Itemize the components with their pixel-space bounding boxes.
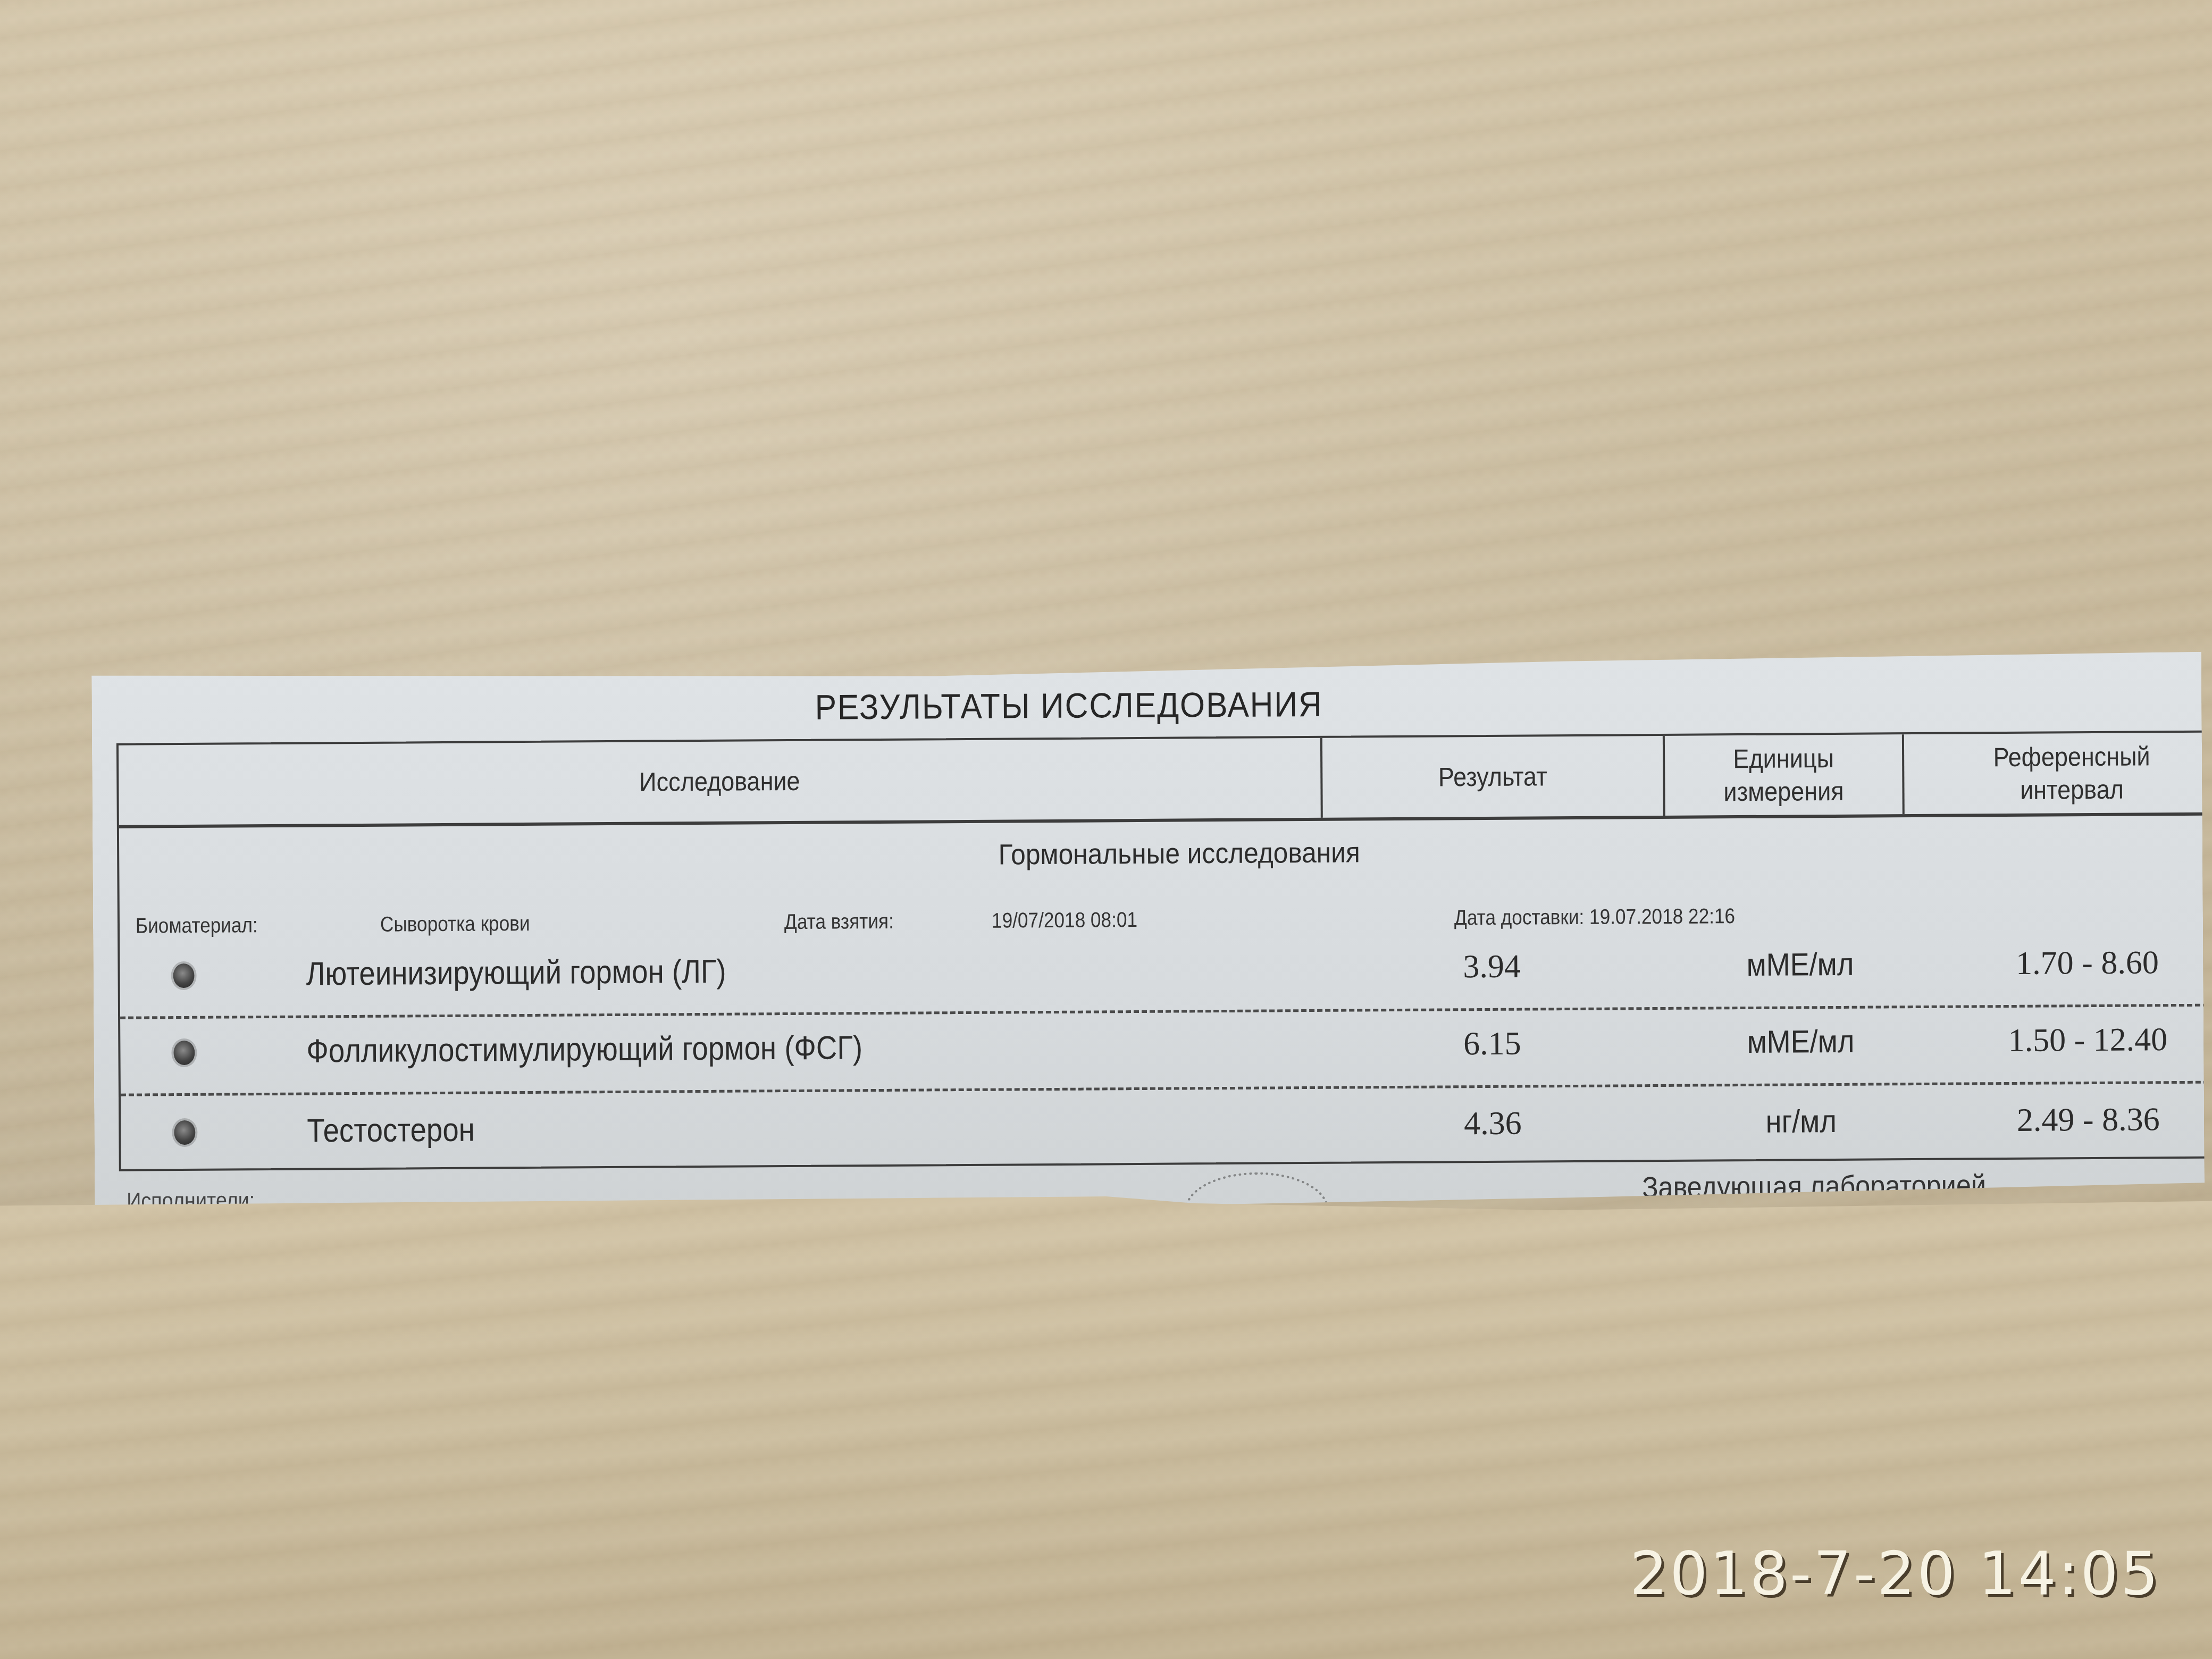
test-reference: 1.50 - 12.40 [1939, 1020, 2212, 1060]
date-taken-value: 19/07/2018 08:01 [992, 908, 1137, 933]
date-taken-label: Дата взятия: [784, 910, 894, 934]
column-divider [1663, 736, 1665, 816]
test-name: Тестостерон [307, 1111, 475, 1150]
document-title: РЕЗУЛЬТАТЫ ИССЛЕДОВАНИЯ [815, 684, 1323, 727]
bullet-icon [173, 1041, 195, 1065]
header-units: Единицы измерения [1677, 734, 1890, 815]
test-unit: мМЕ/мл [1686, 1023, 1915, 1061]
biomaterial-label: Биоматериал: [136, 914, 258, 938]
biomaterial-value: Сыворотка крови [380, 912, 530, 937]
delivery-label: Дата доставки: [1454, 906, 1585, 929]
column-divider [1320, 738, 1323, 818]
column-divider [1902, 734, 1905, 814]
header-result: Результат [1339, 736, 1646, 818]
test-reference: 1.70 - 8.60 [1938, 943, 2212, 983]
table-row: Тестостерон 4.36 нг/мл 2.49 - 8.36 [121, 1088, 2212, 1176]
test-name: Лютеинизирующий гормон (ЛГ) [306, 953, 726, 993]
test-unit: мМЕ/мл [1685, 945, 1915, 984]
lab-results-slip: РЕЗУЛЬТАТЫ ИССЛЕДОВАНИЯ Исследование Рез… [91, 652, 2205, 1218]
photo-timestamp: 2018-7-20 14:05 [1630, 1539, 2160, 1608]
test-result: 6.15 [1386, 1025, 1598, 1063]
section-title: Гормональные исследования [204, 831, 2155, 876]
test-result: 3.94 [1385, 948, 1598, 986]
results-table: Исследование Результат Единицы измерения… [116, 730, 2212, 1171]
test-reference: 2.49 - 8.36 [1939, 1100, 2212, 1139]
test-name: Фолликулостимулирующий гормон (ФСГ) [306, 1029, 862, 1070]
table-header: Исследование Результат Единицы измерения… [119, 732, 2212, 828]
delivery-value: 19.07.2018 22:16 [1589, 904, 1735, 929]
bullet-icon [173, 963, 194, 988]
header-reference: Референсный интервал [1921, 733, 2212, 814]
delivery-date: Дата доставки: 19.07.2018 22:16 [1454, 904, 1735, 930]
test-result: 4.36 [1386, 1104, 1599, 1143]
bullet-icon [174, 1120, 195, 1145]
lab-head-label: Заведующая лабораторией [1642, 1168, 1986, 1204]
test-unit: нг/мл [1686, 1102, 1916, 1141]
header-test: Исследование [179, 739, 1261, 825]
